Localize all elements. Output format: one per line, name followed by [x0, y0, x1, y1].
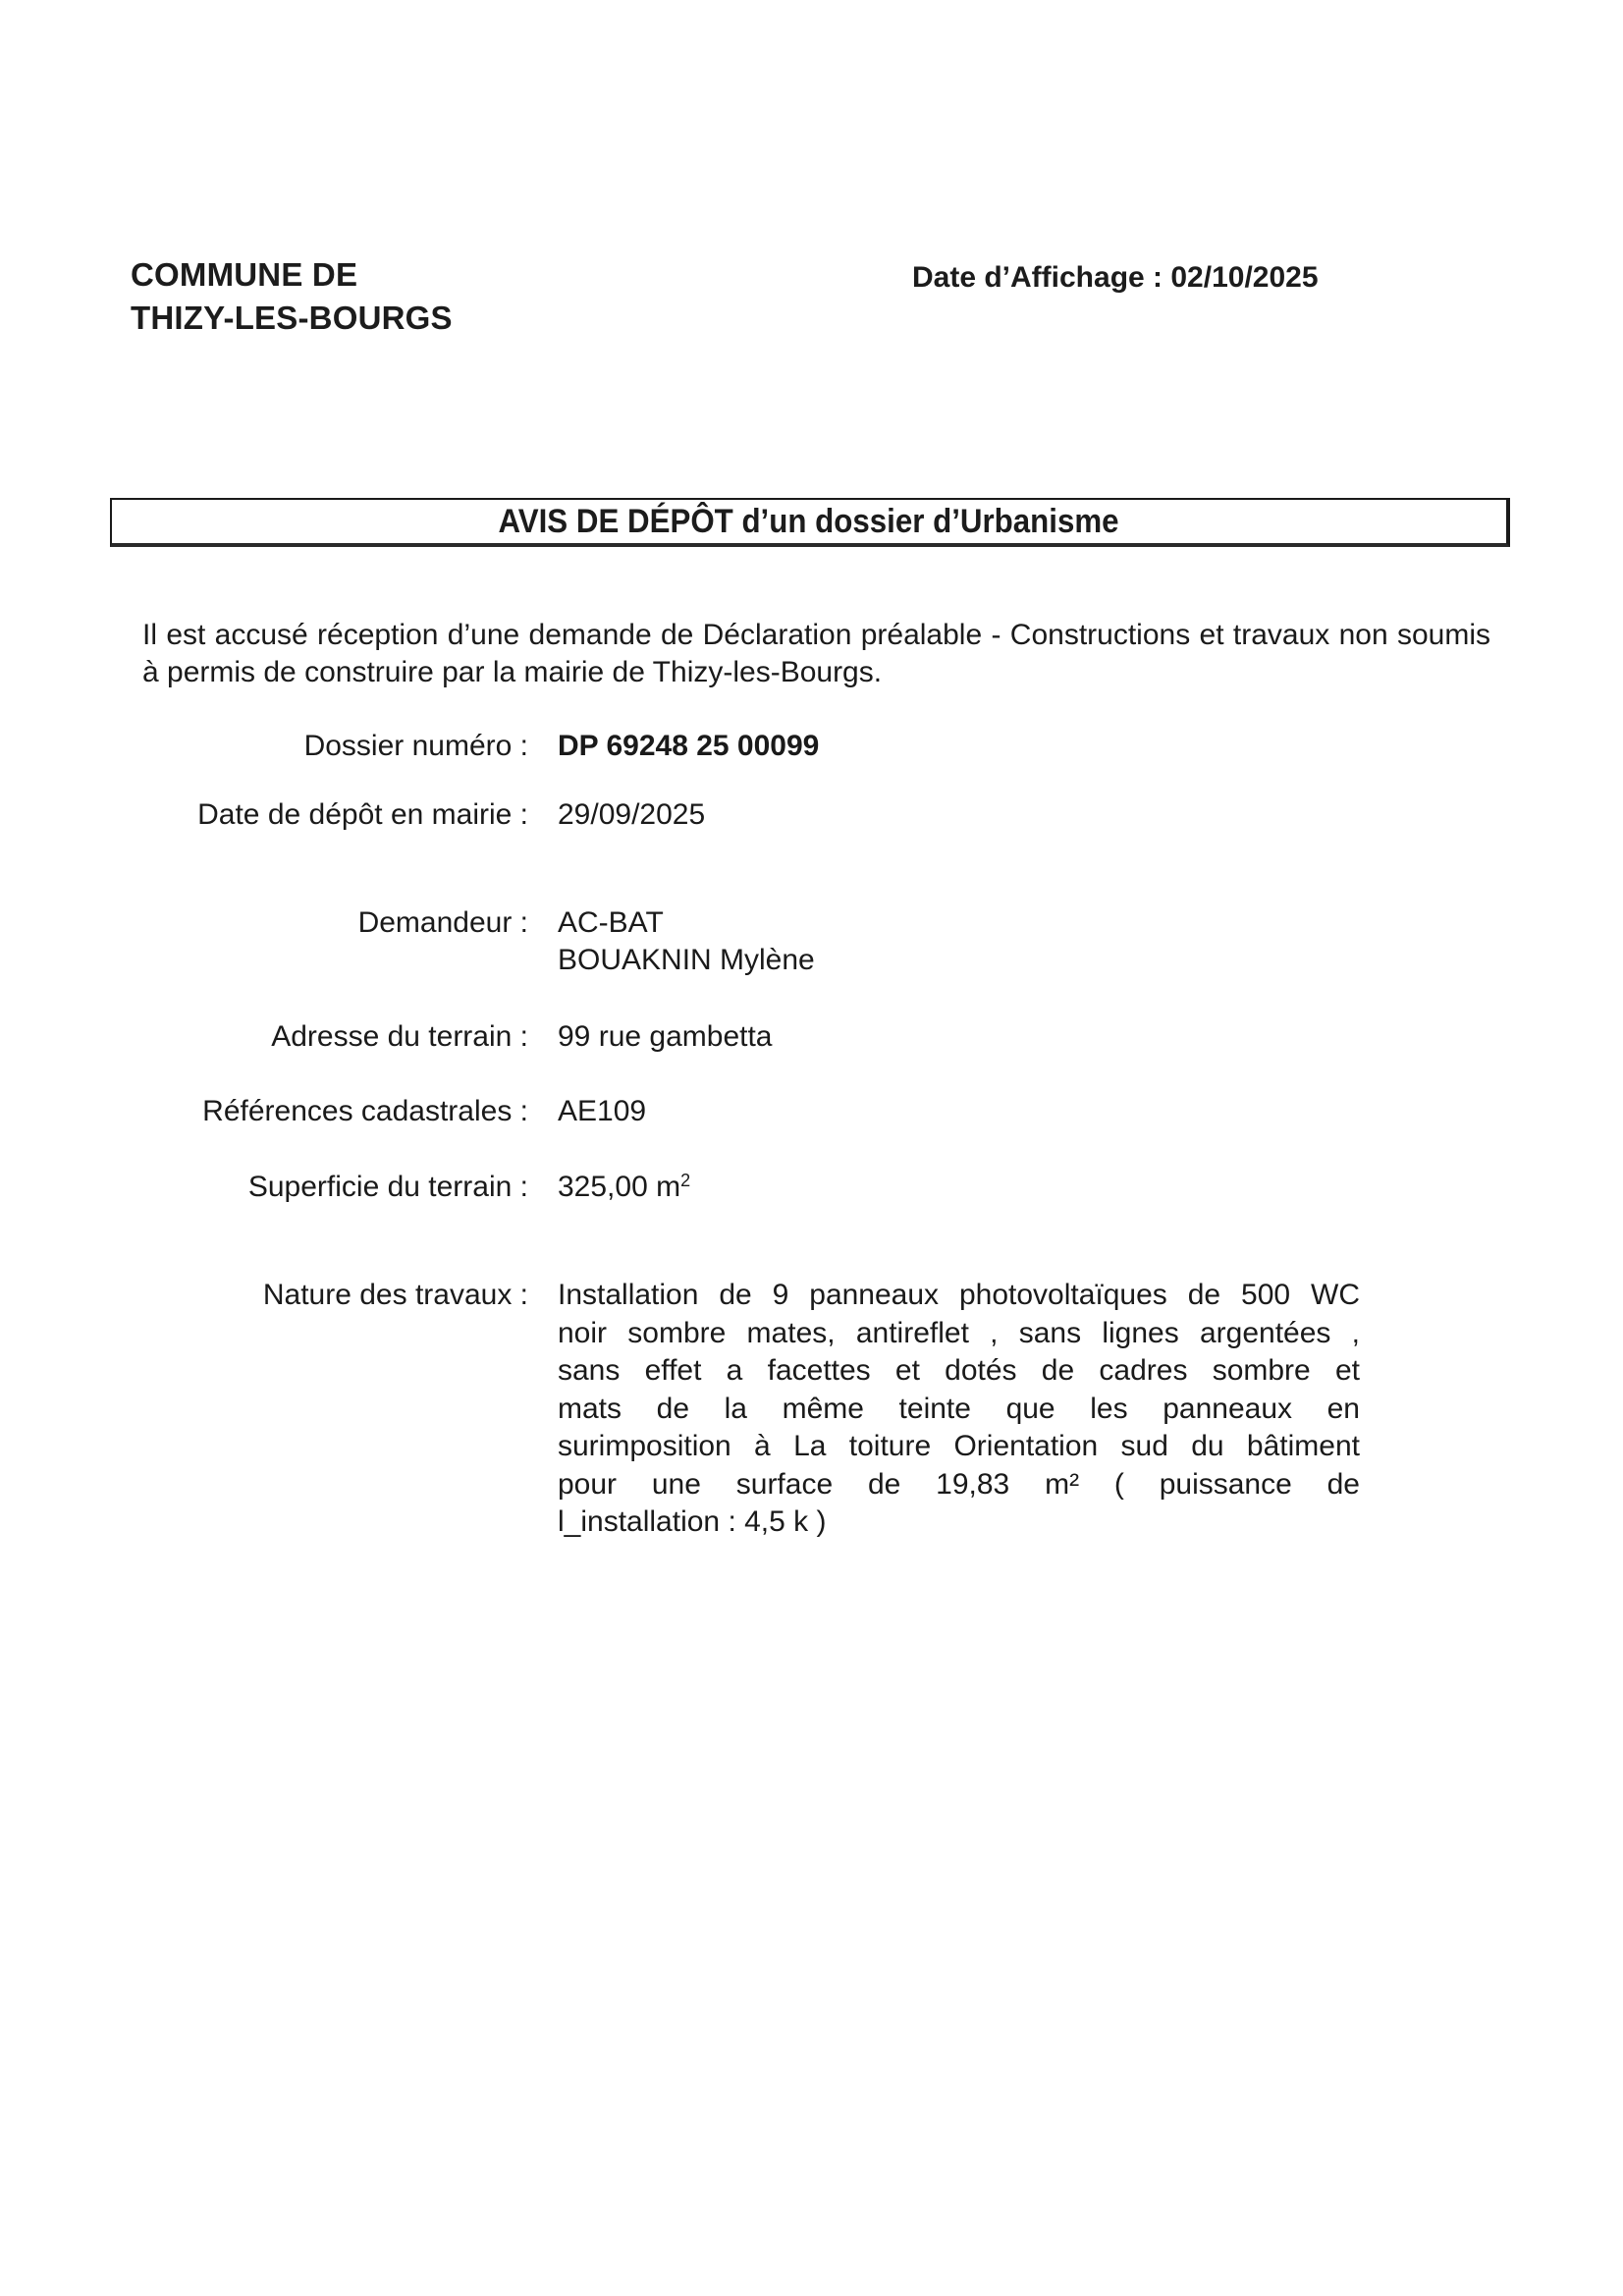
nature-line: sans effet a facettes et dotés de cadres… [558, 1352, 1360, 1391]
demandeur-company: AC-BAT [558, 904, 815, 942]
field-value-superficie: 325,00 m2 [558, 1169, 690, 1206]
affichage-value: 02/10/2025 [1170, 261, 1318, 294]
field-label-date-depot: Date de dépôt en mairie : [197, 796, 528, 834]
commune-line-1: COMMUNE DE [131, 253, 453, 297]
nature-line: l_installation : 4,5 k ) [558, 1503, 1360, 1542]
nature-line: noir sombre mates, antireflet , sans lig… [558, 1315, 1360, 1353]
field-label-adresse: Adresse du terrain : [271, 1018, 528, 1056]
field-value-demandeur: AC-BAT BOUAKNIN Mylène [558, 904, 815, 979]
field-label-nature: Nature des travaux : [263, 1277, 528, 1314]
document-page: COMMUNE DE THIZY-LES-BOURGS Date d’Affic… [0, 0, 1623, 2296]
superficie-number: 325,00 m [558, 1171, 680, 1203]
field-value-dossier: DP 69248 25 00099 [558, 728, 819, 765]
commune-line-2: THIZY-LES-BOURGS [131, 297, 453, 340]
field-value-nature: Installation de 9 panneaux photovoltaïqu… [558, 1277, 1360, 1542]
nature-line: Installation de 9 panneaux photovoltaïqu… [558, 1277, 1360, 1315]
field-value-references: AE109 [558, 1093, 646, 1130]
title-box: AVIS DE DÉPÔT d’un dossier d’Urbanisme [110, 498, 1510, 547]
intro-paragraph: Il est accusé réception d’une demande de… [142, 617, 1490, 691]
field-value-adresse: 99 rue gambetta [558, 1018, 772, 1056]
nature-line: mats de la même teinte que les panneaux … [558, 1391, 1360, 1429]
superficie-unit-exponent: 2 [680, 1171, 690, 1190]
field-label-superficie: Superficie du terrain : [248, 1169, 528, 1206]
page-title: AVIS DE DÉPÔT d’un dossier d’Urbanisme [499, 500, 1119, 543]
affichage-date: Date d’Affichage : 02/10/2025 [912, 258, 1319, 298]
field-label-demandeur: Demandeur : [358, 904, 528, 942]
field-label-references: Références cadastrales : [202, 1093, 528, 1130]
demandeur-person: BOUAKNIN Mylène [558, 942, 815, 979]
field-value-date-depot: 29/09/2025 [558, 796, 705, 834]
field-label-dossier: Dossier numéro : [304, 728, 528, 765]
commune-name: COMMUNE DE THIZY-LES-BOURGS [131, 253, 453, 340]
nature-line: surimposition à La toiture Orientation s… [558, 1428, 1360, 1466]
nature-line: pour une surface de 19,83 m² ( puissance… [558, 1466, 1360, 1504]
affichage-label: Date d’Affichage : [912, 261, 1163, 294]
